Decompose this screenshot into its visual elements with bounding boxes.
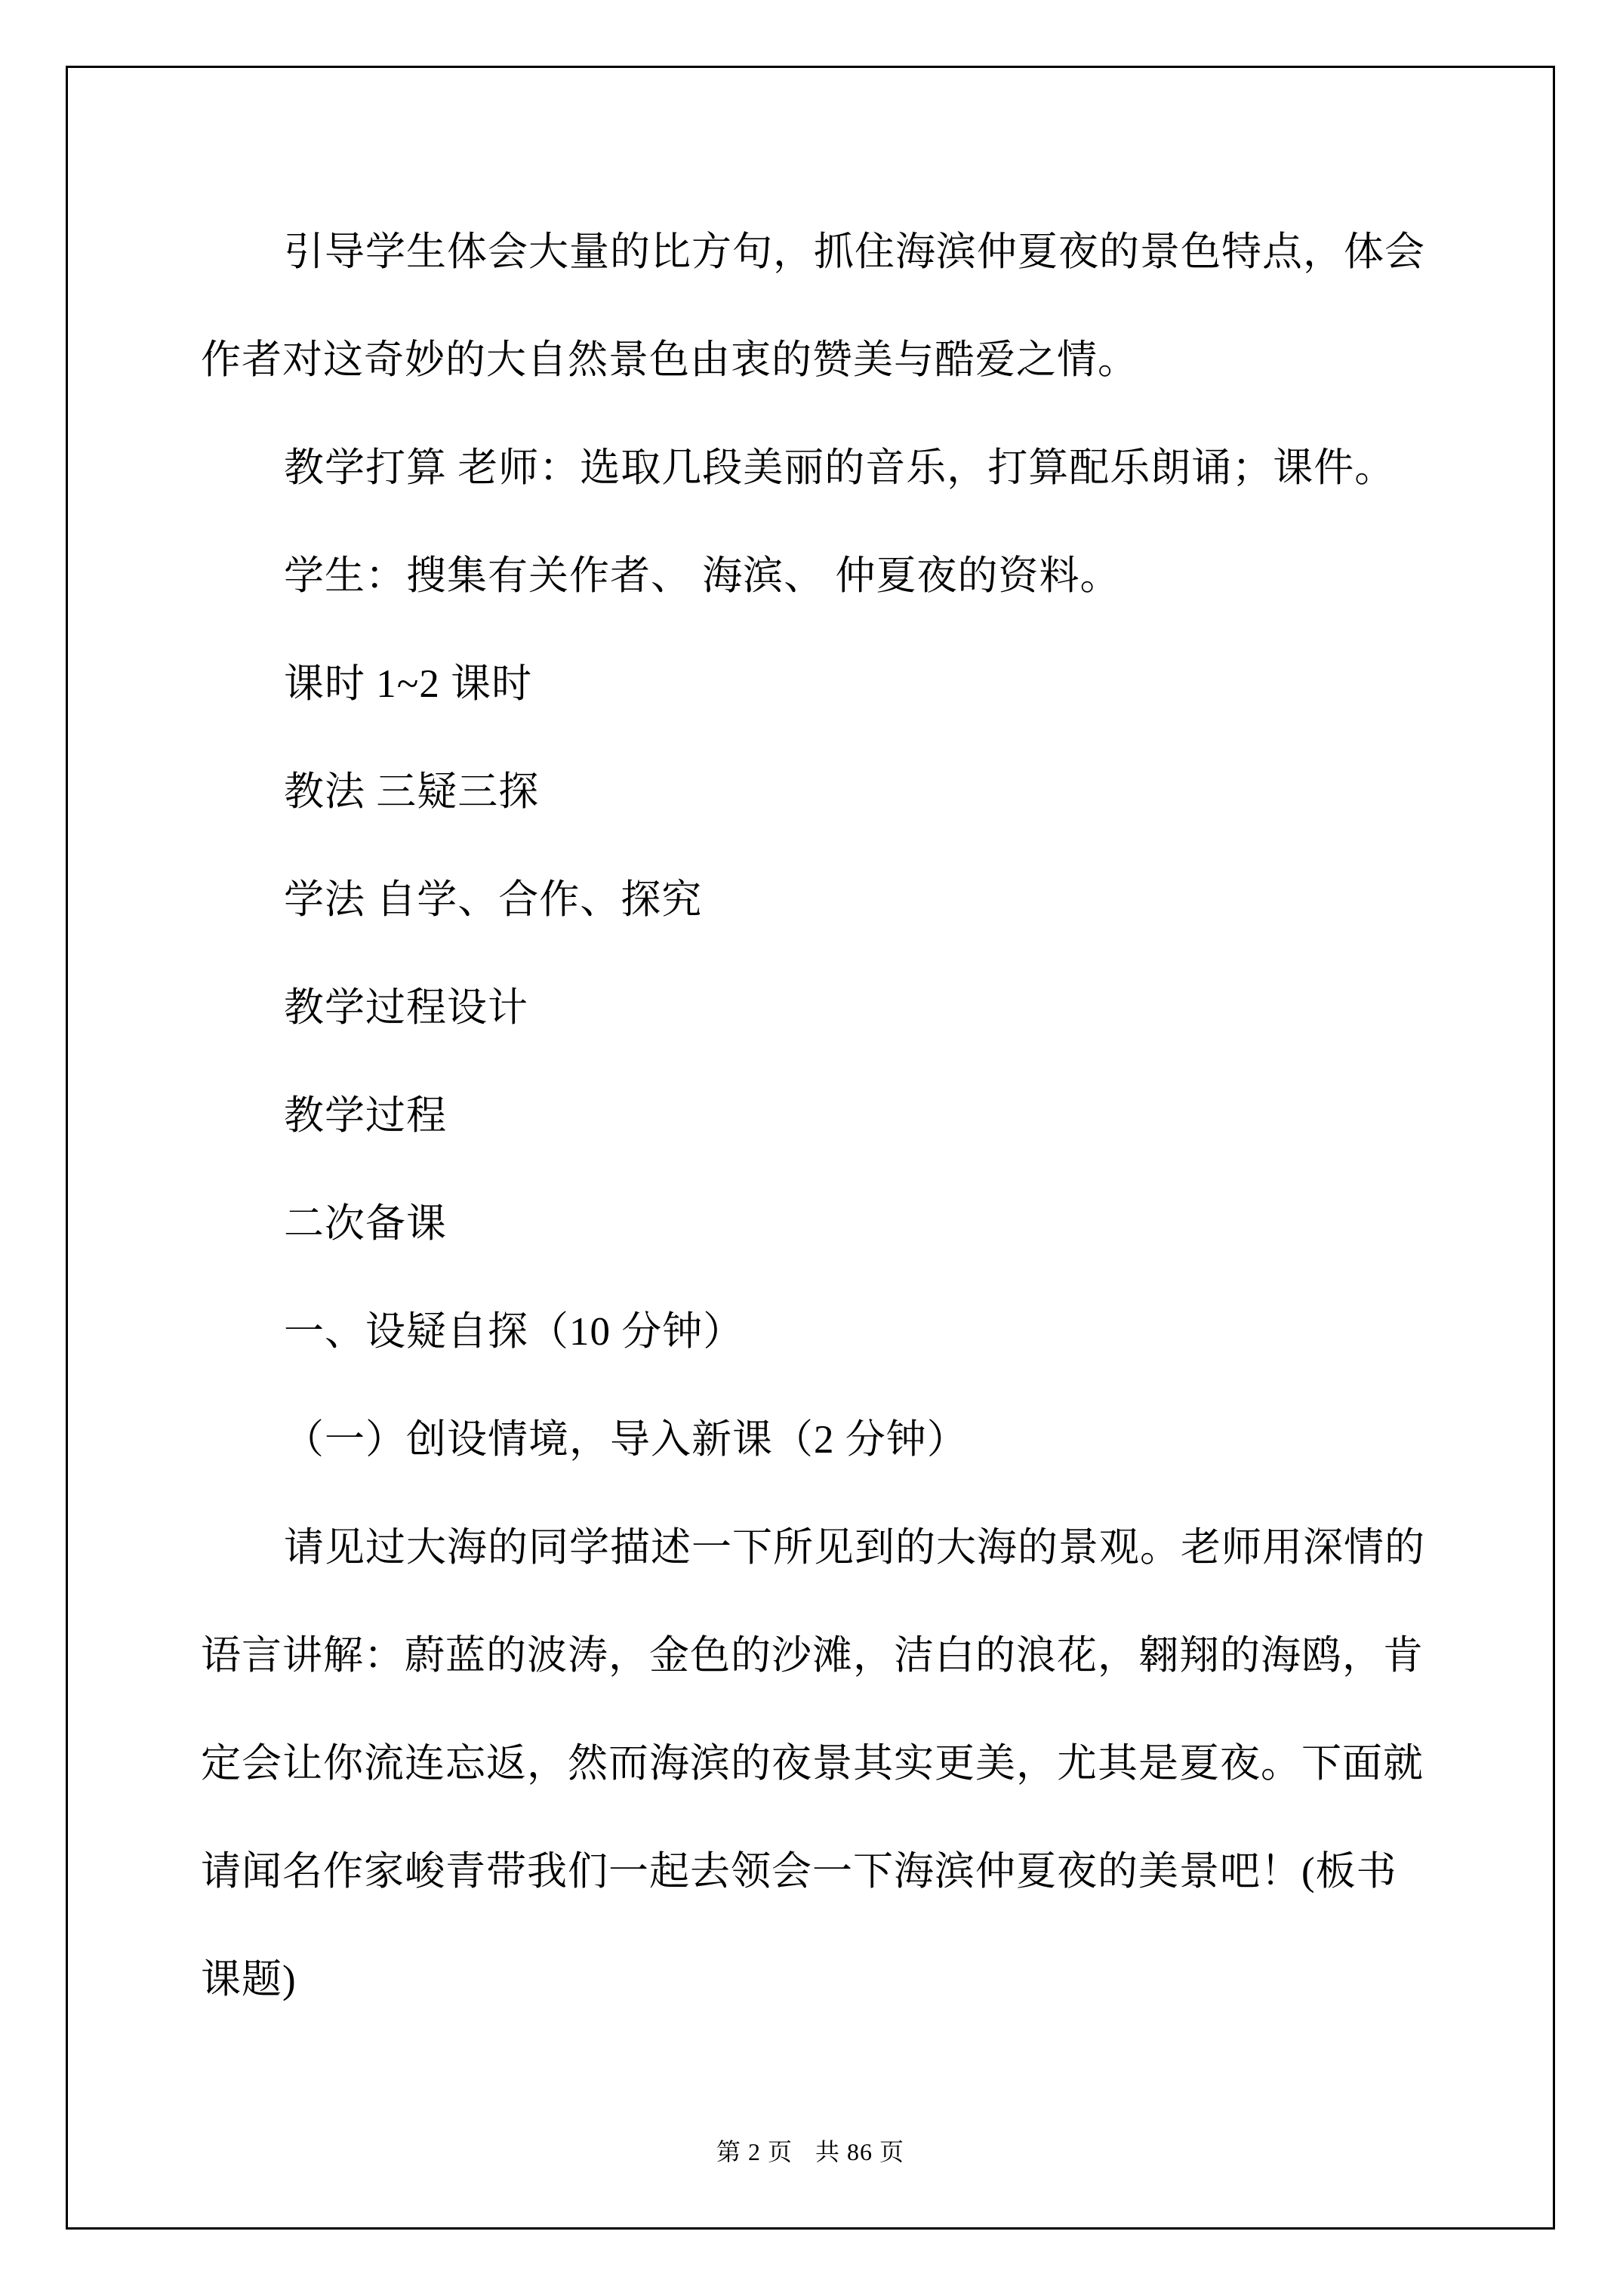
text-line: 请见过大海的同学描述一下所见到的大海的景观。老师用深情的 [201,1494,1421,1602]
page-number-current: 第 2 页 [716,2133,793,2168]
text-line: 教学过程设计 [201,954,1421,1062]
text-line: 二次备课 [201,1170,1421,1278]
page-footer: 第 2 页 共 86 页 [68,2133,1553,2168]
text-line: 作者对这奇妙的大自然景色由衷的赞美与酷爱之情。 [201,307,1421,415]
text-line: 课题) [201,1926,1421,2034]
text-line: 学法 自学、合作、探究 [201,846,1421,954]
text-line: 引导学生体会大量的比方句，抓住海滨仲夏夜的景色特点，体会 [201,199,1421,307]
text-line: 学生：搜集有关作者、 海滨、 仲夏夜的资料。 [201,522,1421,630]
text-line: 语言讲解：蔚蓝的波涛，金色的沙滩，洁白的浪花，翱翔的海鸥，肯 [201,1602,1421,1710]
text-line: （一）创设情境，导入新课（2 分钟） [201,1386,1421,1494]
document-frame: 引导学生体会大量的比方句，抓住海滨仲夏夜的景色特点，体会作者对这奇妙的大自然景色… [66,66,1555,2230]
text-line: 教学过程 [201,1062,1421,1170]
page: { "document": { "lines": [ { "text": "引导… [0,0,1623,2296]
text-line: 课时 1~2 课时 [201,630,1421,738]
text-line: 教法 三疑三探 [201,738,1421,846]
page-count-total: 共 86 页 [815,2133,904,2168]
text-line: 教学打算 老师：选取几段美丽的音乐，打算配乐朗诵；课件。 [201,415,1421,522]
document-body: 引导学生体会大量的比方句，抓住海滨仲夏夜的景色特点，体会作者对这奇妙的大自然景色… [201,199,1421,2034]
text-line: 请闻名作家峻青带我们一起去领会一下海滨仲夏夜的美景吧！(板书 [201,1818,1421,1926]
text-line: 一、设疑自探（10 分钟） [201,1278,1421,1386]
text-line: 定会让你流连忘返，然而海滨的夜景其实更美，尤其是夏夜。下面就 [201,1710,1421,1818]
